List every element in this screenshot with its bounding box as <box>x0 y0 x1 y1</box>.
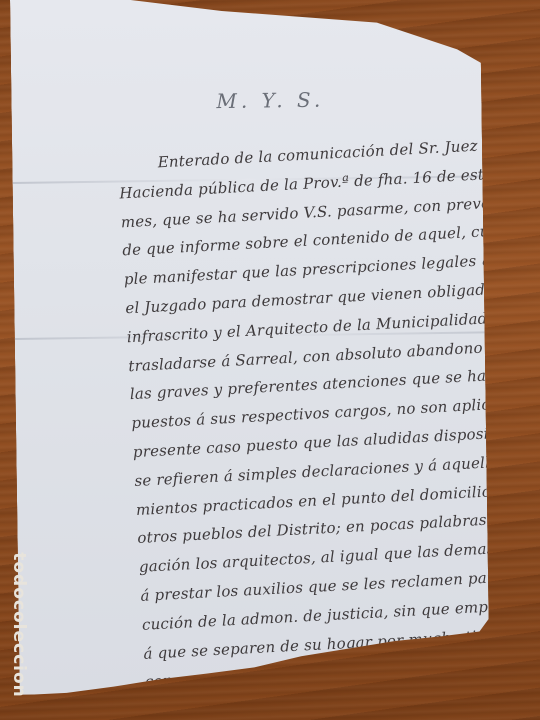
watermark-text: todocoleccion <box>9 552 29 698</box>
text-line: rentes atenciones públicas que estén pue… <box>146 677 527 720</box>
handwritten-body: Enterado de la comunicación del Sr. Juez… <box>117 131 527 720</box>
salutation: M. Y. S. <box>216 88 324 114</box>
watermark: todocoleccion <box>8 545 30 705</box>
manuscript-letter: M. Y. S. Enterado de la comunicación del… <box>10 0 490 695</box>
